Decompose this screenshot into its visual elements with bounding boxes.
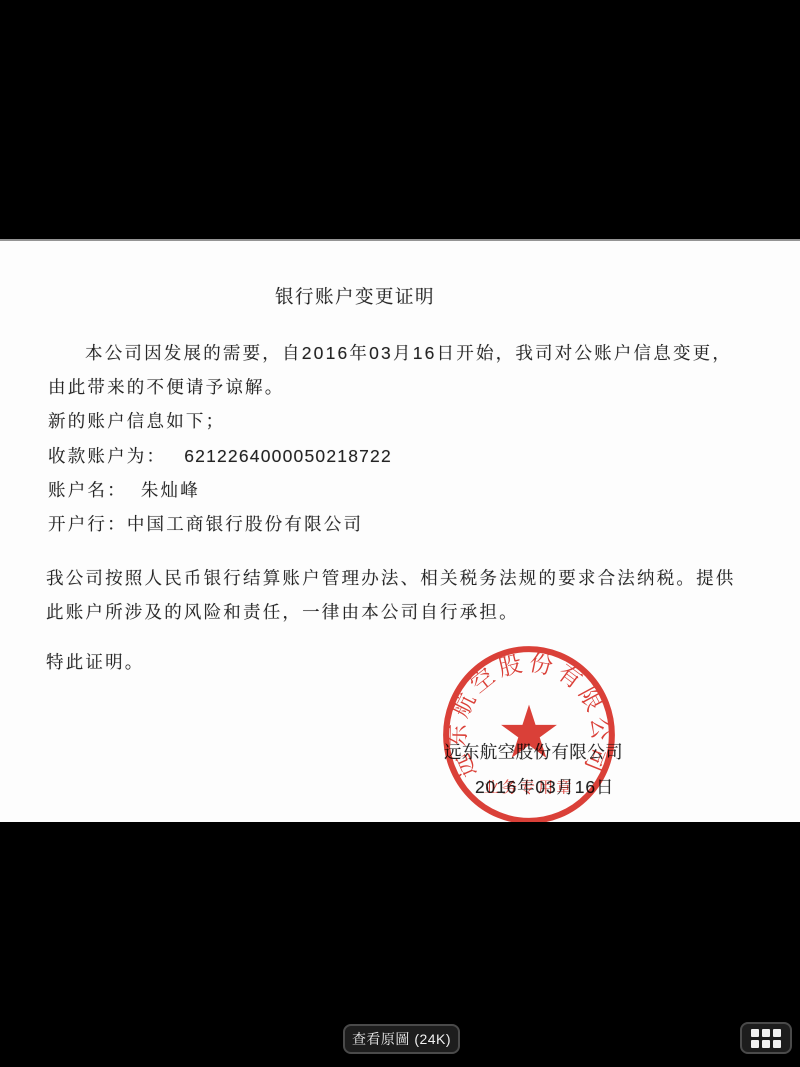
account-number-value: 6212264000050218722	[184, 446, 392, 466]
bank-label: 开户行：	[48, 514, 127, 534]
paragraph1-line2: 由此带来的不便请予谅解。	[48, 377, 284, 397]
account-number-row: 收款账户为：6212264000050218722	[48, 446, 392, 466]
image-viewer-screen: 银行账户变更证明 本公司因发展的需要，自2016年03月16日开始，我司对公账户…	[0, 0, 800, 1067]
company-stamp: 远东航空股份有限公司 业务专用章	[433, 639, 625, 831]
document-title: 银行账户变更证明	[275, 286, 435, 307]
thumbnail-grid-button[interactable]	[740, 1022, 792, 1054]
view-original-label: 查看原圖 (24K)	[352, 1029, 451, 1049]
paragraph2-line1: 我公司按照人民币银行结算账户管理办法、相关税务法规的要求合法纳税。提供	[46, 568, 736, 588]
bank-name-value: 中国工商银行股份有限公司	[127, 514, 363, 534]
stamp-star-icon	[501, 705, 557, 758]
certificate-document: 银行账户变更证明 本公司因发展的需要，自2016年03月16日开始，我司对公账户…	[0, 239, 800, 822]
paragraph1-line1: 本公司因发展的需要，自2016年03月16日开始，我司对公账户信息变更，	[85, 343, 732, 363]
closing-statement: 特此证明。	[46, 652, 145, 672]
view-original-button[interactable]: 查看原圖 (24K)	[343, 1024, 460, 1054]
bank-row: 开户行：中国工商银行股份有限公司	[48, 514, 363, 534]
grid-icon	[751, 1029, 781, 1048]
account-name-label: 账户名：	[48, 480, 127, 500]
paragraph2-line2: 此账户所涉及的风险和责任，一律由本公司自行承担。	[46, 602, 519, 622]
stamp-center-text: 业务专用章	[484, 779, 575, 797]
account-name-value: 朱灿峰	[141, 480, 200, 500]
account-number-label: 收款账户为：	[48, 446, 166, 466]
new-account-intro: 新的账户信息如下；	[48, 411, 225, 431]
account-name-row: 账户名：朱灿峰	[48, 480, 200, 500]
